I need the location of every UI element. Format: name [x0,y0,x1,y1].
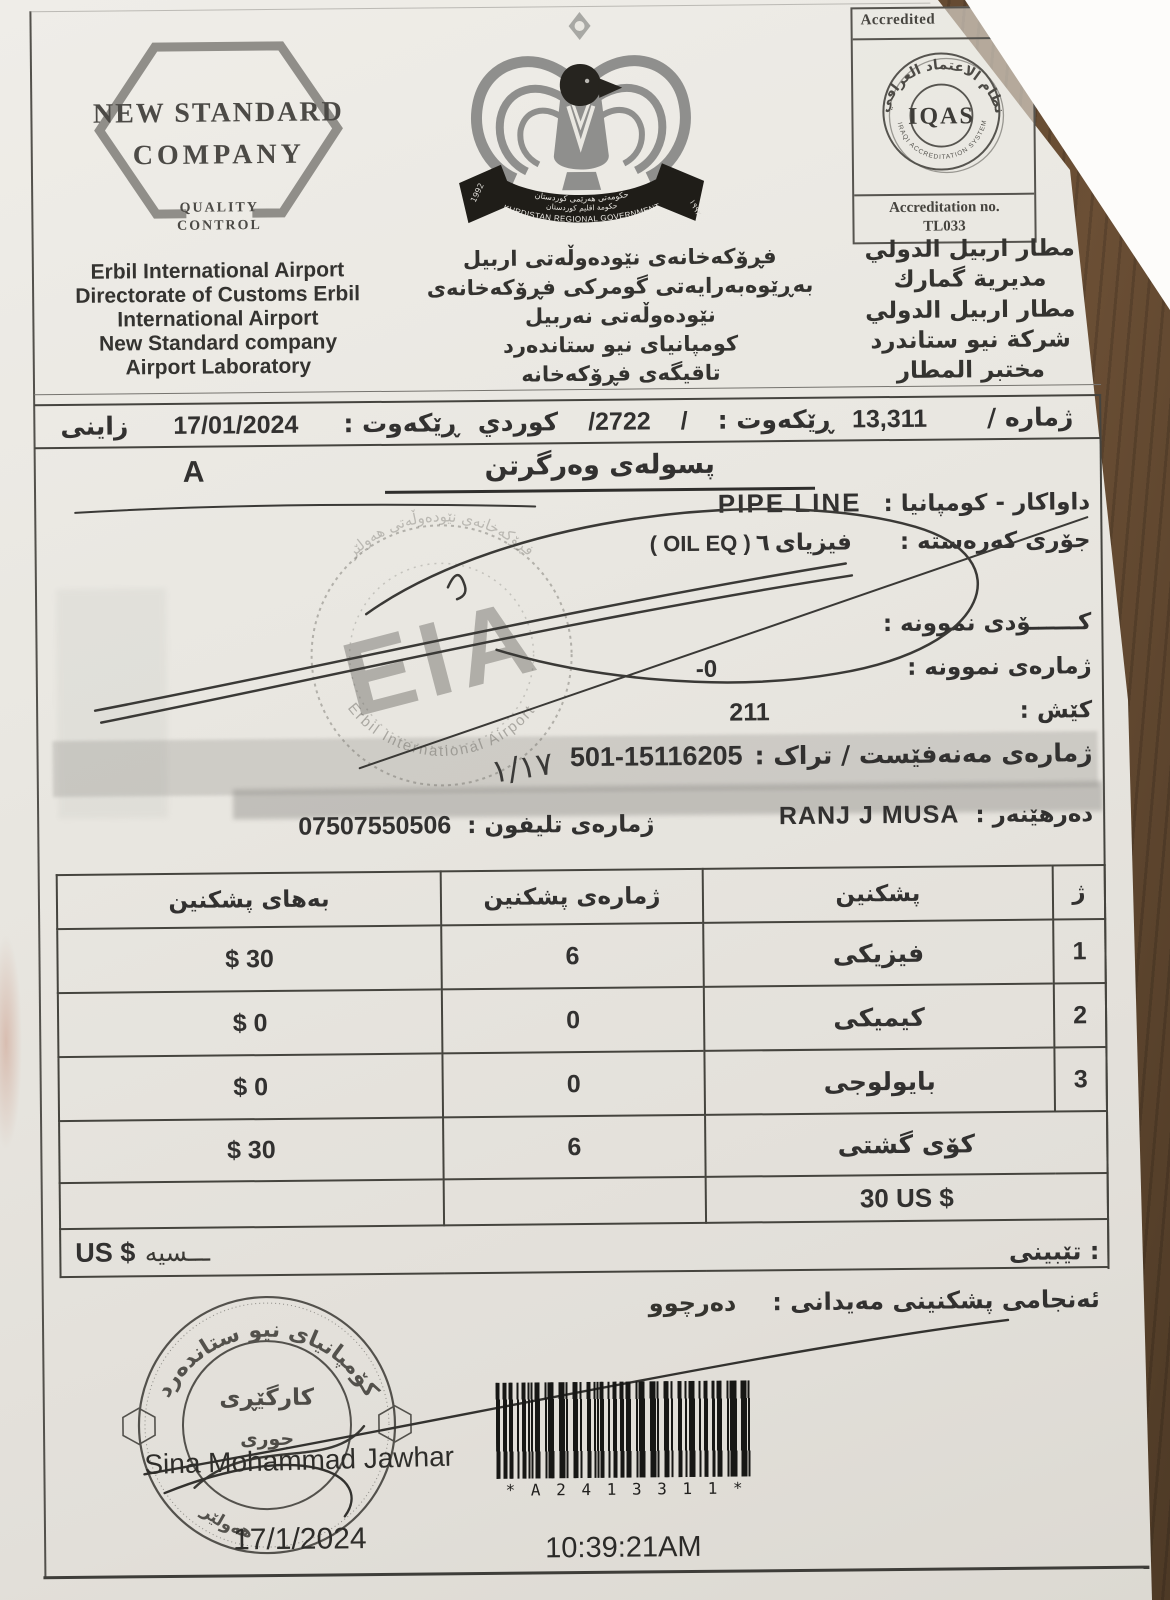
barcode [496,1380,755,1478]
requester-label: داواکار - کومپانیا : [883,489,1090,517]
field-weight: کێش : 211 [729,695,1092,727]
org-line-ku: نێودەوڵەتی نەربیل [425,300,815,333]
sample-number-value: -0 [696,656,718,684]
svg-text:کۆمپانیای نیو ستاندەرد: کۆمپانیای نیو ستاندەرد [151,1316,384,1403]
material-value: فیزیای ٦ ( OIL EQ ) [650,529,852,557]
barcode-text: * A 2 4 1 3 3 1 1 * [497,1478,755,1499]
phone-value: 07507550506 [298,811,451,841]
org-line-ar: مختبر المطار [841,354,1101,387]
sun-icon [568,12,590,40]
org-block-english: Erbil International Airport Directorate … [50,258,386,381]
total-count: 6 [443,1115,706,1180]
krg-eagle-emblem: حکومەتی هەرێمی کوردستان حكومة اقليم كورد… [447,5,714,236]
row-price: $ 0 [58,1053,443,1121]
weight-value: 211 [729,698,770,727]
org-block-kurdish: فڕۆکەخانەی نێودەوڵەتی اربیل بەڕێوەبەرایە… [425,242,816,391]
iqas-seal: نظام الاعتماد العراقي IRAQI ACCREDITATIO… [853,39,1030,191]
fees-row: 2 کیمیکی 0 $ 0 [58,983,1107,1057]
receipt-main-box: پسولەی وەرگرتن A داواکار - کومپانیا : PI… [35,439,1110,1279]
row-test: بایولوجی [704,1048,1055,1115]
notes-label: تێبینی : [1009,1237,1100,1266]
ref-ku-slash: / [681,406,688,435]
org-line-en: New Standard company [50,330,385,357]
field-test-result: ئەنجامی پشکنینی مەیدانی : دەرچوو [649,1285,1100,1317]
material-label: جۆری کەرەستە : [900,527,1091,555]
ref-gr-date: 17/01/2024 [173,410,298,440]
print-time: 10:39:21AM [545,1531,702,1565]
ref-no-label: ژمارە / [987,402,1074,432]
ref-gr-label: ڕێکەوت : [343,408,459,438]
row-count: 0 [442,987,705,1054]
header-test: پشکنین [703,866,1054,923]
paid-row: US $ ـــسیه [60,1219,1108,1277]
total-price: $ 30 [59,1117,444,1183]
ref-ku-label: ڕێکەوت : [717,404,833,434]
hexagon-line2: COMPANY [133,139,305,172]
hexagon-sub2: CONTROL [177,218,262,234]
header-no: ژ [1053,865,1106,919]
org-line-ar: مطار اربيل الدولي [840,294,1100,327]
row-test: کیمیکی [704,984,1055,1051]
ref-no-value: 13,311 [852,404,927,434]
row-no: 2 [1054,983,1107,1047]
row-price: $ 0 [58,989,443,1057]
receipt-title: پسولەی وەرگرتن [385,448,815,494]
paid-cell: US $ ـــسیه [60,1219,1108,1277]
row-no: 1 [1053,919,1106,983]
paid-amount-handwritten: ـــسیه [145,1237,211,1267]
org-line-ar: مطار اربيل الدولي [840,233,1100,266]
iqas-accreditation-box: Accredited نظام الاعتماد العراقي IRAQI A… [850,6,1036,244]
stamp-hexagon-left [123,1408,155,1444]
row-test: فیزیکی [703,920,1054,987]
ref-gr-calendar: زاینی [60,411,128,441]
org-line-en: International Airport [50,306,385,333]
org-line-ku: تاقیگەی فڕۆکەخانە [426,358,816,391]
phone-label: ژمارەی تلیفون : [467,811,654,839]
field-phone: ژمارەی تلیفون : 07507550506 [298,809,654,841]
field-exporter: دەرهێنەر : RANJ J MUSA [779,799,1093,831]
exporter-label: دەرهێنەر : [975,801,1093,828]
material-number: ٦ [756,530,770,556]
row-no: 3 [1054,1047,1107,1111]
emblem-ribbon [459,163,705,224]
signer-name: Sina Mohammad Jawhar [144,1441,454,1481]
hexagon-line1: NEW STANDARD [93,96,344,129]
org-line-ku: کومپانیای نیو ستاندەرد [426,329,816,362]
document-content: NEW STANDARD COMPANY QUALITY CONTROL [0,0,1170,1600]
exporter-value: RANJ J MUSA [779,800,960,831]
sample-number-label: ژمارەی نموونە : [907,653,1092,681]
fees-header-row: ژ پشکنین ژمارەی پشکنین بەهای پشکنین [57,865,1105,929]
org-line-en: Erbil International Airport [50,258,385,285]
eagle-body [553,98,609,170]
photo-of-document: { "header": { "hexagon": {"line1":"NEW S… [0,0,1170,1600]
hexagon-sub1: QUALITY [180,200,259,216]
manifest-label: ژمارەی مەنەفێست / تراک : [754,738,1092,770]
header-price: بەهای پشکنین [57,871,442,929]
material-paren: ( OIL EQ ) [650,530,751,557]
result-value: دەرچوو [649,1289,737,1318]
ref-gregorian-date-group: ڕێکەوت : 17/01/2024 زاینی [60,408,459,442]
new-standard-hexagon-logo: NEW STANDARD COMPANY QUALITY CONTROL [85,32,352,240]
fees-row: 1 فیزیکی 6 $ 30 [57,919,1106,993]
hexagon-outline [99,45,339,214]
field-manifest: ژمارەی مەنەفێست / تراک : 501-15116205 [570,737,1093,773]
org-block-arabic: مطار اربيل الدولي مديرية گمارك مطار اربي… [840,233,1101,387]
org-line-en: Directorate of Customs Erbil [50,282,385,309]
stamp-inner-text1: کارگێڕی [219,1384,315,1412]
org-line-ar: مديرية گمارك [840,263,1100,296]
field-requester: داواکار - کومپانیا : PIPE LINE [718,485,1091,520]
row-count: 6 [441,923,704,990]
ref-ku-date: /2722 [588,407,651,437]
result-label: ئەنجامی پشکنینی مەیدانی : [772,1285,1100,1316]
material-prefix: فیزیای [775,529,852,556]
org-line-ku: بەڕێوەبەرایەتی گومرکی فڕۆکەخانەی [425,271,815,304]
copy-letter: A [183,456,205,490]
requester-value: PIPE LINE [718,487,862,519]
empty-cell [444,1177,706,1226]
manifest-value: 501-15116205 [570,740,743,773]
row-count: 0 [442,1051,705,1118]
org-line-ar: شركة نيو ستاندرد [840,324,1100,357]
eagle-tail [562,172,601,190]
total-label: کۆی گشتی [705,1111,1108,1177]
org-line-ku: فڕۆکەخانەی نێودەوڵەتی اربیل [425,242,815,275]
fees-table: ژ پشکنین ژمارەی پشکنین بەهای پشکنین 1 فی… [56,864,1110,1278]
ref-ku-calendar: كوردي [478,407,559,437]
signature-date: 17/1/2024 [233,1522,367,1557]
fees-row: 3 بایولوجی 0 $ 0 [58,1047,1107,1121]
paid-currency: US $ [75,1237,135,1268]
stamp-hexagon-right [379,1406,411,1442]
org-line-en: Airport Laboratory [51,354,386,381]
iqas-seal-text: IQAS [908,103,975,130]
ref-number-group: ژمارە / 13,311 [852,402,1074,434]
field-material: جۆری کەرەستە : فیزیای ٦ ( OIL EQ ) [650,527,1091,557]
ref-kurdish-date-group: ڕێکەوت : / /2722 كوردي [478,404,834,437]
fees-total-row: کۆی گشتی 6 $ 30 [59,1111,1108,1183]
row-price: $ 30 [57,925,442,993]
field-sample-number: ژمارەی نموونە : -0 [696,652,1092,684]
empty-cell [60,1179,444,1229]
accredited-label: Accredited [852,8,1032,41]
field-sample-code: کــــــۆدی نموونە : [883,609,1092,637]
header-count: ژمارەی پشکنین [441,869,704,926]
weight-label: کێش : [1020,697,1093,724]
company-round-stamp: کۆمپانیای نیو ستاندەرد هەولێر کارگێڕی جو… [122,1296,412,1555]
bottom-section: ئەنجامی پشکنینی مەیدانی : دەرچوو کۆمپانی… [43,1269,1113,1576]
total-usd: 30 US $ [706,1173,1108,1223]
sample-code-label: کــــــۆدی نموونە : [883,609,1092,637]
stamp-ring-top-text: کۆمپانیای نیو ستاندەرد [151,1316,384,1403]
accreditation-no-label: Accreditation no. [854,198,1034,218]
